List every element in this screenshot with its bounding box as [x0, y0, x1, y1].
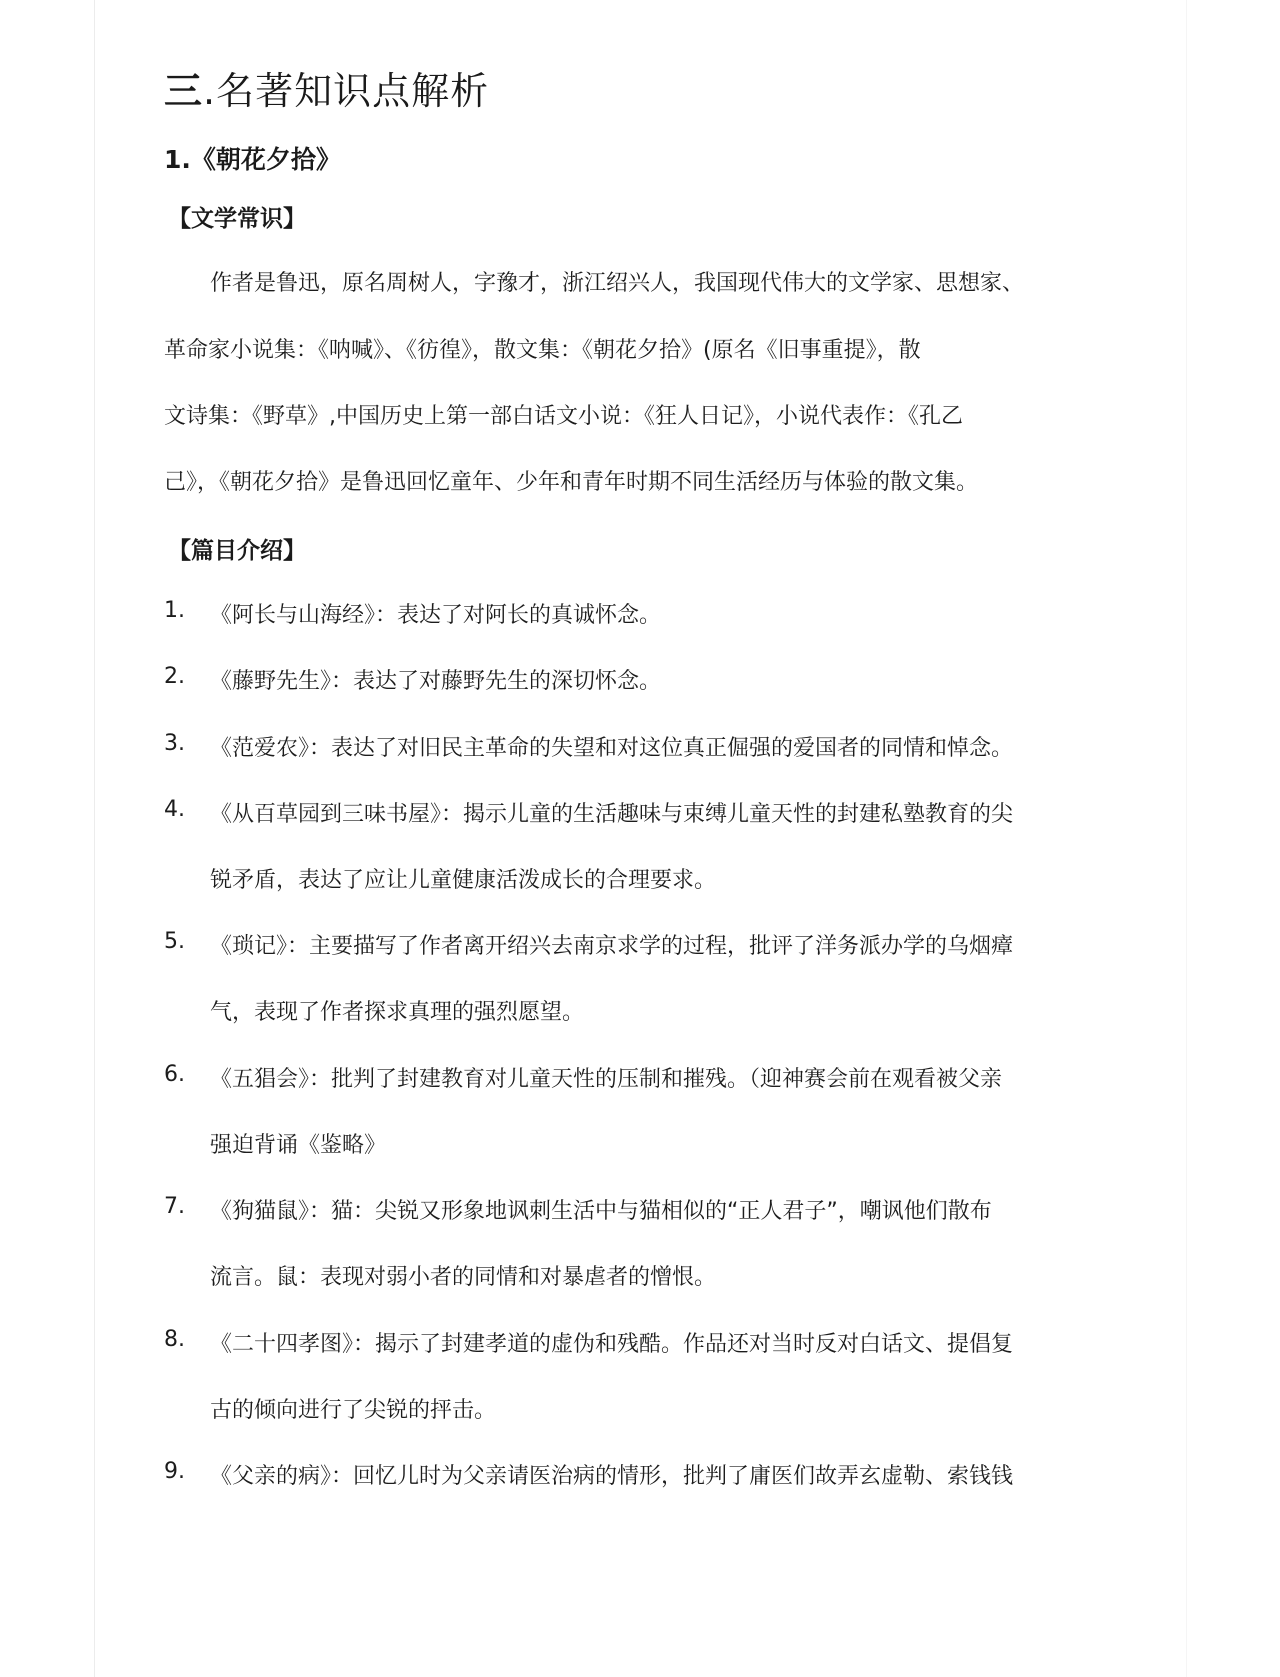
list-item-text: 《从百草园到三味书屋》：揭示儿童的生活趣味与束缚儿童天性的封建私塾教育的尖 — [210, 797, 1013, 828]
literary-knowledge-label: 【文学常识】 — [168, 200, 306, 233]
list-item-text-continued: 气，表现了作者探求真理的强烈愿望。 — [210, 995, 584, 1026]
list-item-text-continued: 锐矛盾，表达了应让儿童健康活泼成长的合理要求。 — [210, 863, 716, 894]
section-number: 三 — [164, 69, 203, 113]
list-item-number: 6. — [164, 1062, 185, 1087]
paragraph-line: 革命家小说集：《呐喊》、《彷徨》，散文集：《朝花夕拾》(原名《旧事重提》，散 — [164, 333, 921, 364]
list-item-number: 8. — [164, 1327, 185, 1352]
list-item-number: 3. — [164, 731, 185, 756]
list-item-number: 1. — [164, 598, 185, 623]
list-item-text: 《阿长与山海经》：表达了对阿长的真诚怀念。 — [210, 598, 661, 629]
list-item-text: 《父亲的病》：回忆儿时为父亲请医治病的情形，批判了庸医们故弄玄虚勒、索钱钱 — [210, 1459, 1013, 1490]
paragraph-line: 己》，《朝花夕拾》是鲁迅回忆童年、少年和青年时期不同生活经历与体验的散文集。 — [164, 465, 978, 496]
list-item-text-continued: 流言。鼠：表现对弱小者的同情和对暴虐者的憎恨。 — [210, 1260, 716, 1291]
list-item-text-continued: 古的倾向进行了尖锐的抨击。 — [210, 1393, 496, 1424]
list-item-text: 《藤野先生》：表达了对藤野先生的深切怀念。 — [210, 664, 661, 695]
document-page: 三.名著知识点解析 1.《朝花夕拾》 【文学常识】 作者是鲁迅，原名周树人，字豫… — [0, 0, 1280, 1677]
list-item-number: 9. — [164, 1459, 185, 1484]
list-item-number: 2. — [164, 664, 185, 689]
list-item-text: 《范爱农》：表达了对旧民主革命的失望和对这位真正倔强的爱国者的同情和悼念。 — [210, 731, 1013, 762]
list-item-text: 《五猖会》：批判了封建教育对儿童天性的压制和摧残。（迎神赛会前在观看被父亲 — [210, 1062, 1002, 1093]
paragraph-line: 作者是鲁迅，原名周树人，字豫才，浙江绍兴人，我国现代伟大的文学家、思想家、 — [210, 266, 1024, 297]
section-title-text: .名著知识点解析 — [203, 69, 489, 113]
book-title: 1.《朝花夕拾》 — [164, 140, 341, 176]
page-title: 三.名著知识点解析 — [164, 60, 489, 115]
list-item-text-continued: 强迫背诵《鉴略》 — [210, 1128, 386, 1159]
list-item-text: 《狗猫鼠》：猫：尖锐又形象地讽刺生活中与猫相似的“正人君子”，嘲讽他们散布 — [210, 1194, 992, 1225]
list-item-text: 《琐记》：主要描写了作者离开绍兴去南京求学的过程，批评了洋务派办学的乌烟瘴 — [210, 929, 1013, 960]
chapters-label: 【篇目介绍】 — [168, 532, 306, 565]
list-item-number: 4. — [164, 797, 185, 822]
list-item-text: 《二十四孝图》：揭示了封建孝道的虚伪和残酷。作品还对当时反对白话文、提倡复 — [210, 1327, 1013, 1358]
list-item-number: 5. — [164, 929, 185, 954]
list-item-number: 7. — [164, 1194, 185, 1219]
paragraph-line: 文诗集：《野草》,中国历史上第一部白话文小说：《狂人日记》，小说代表作：《孔乙 — [164, 399, 963, 430]
